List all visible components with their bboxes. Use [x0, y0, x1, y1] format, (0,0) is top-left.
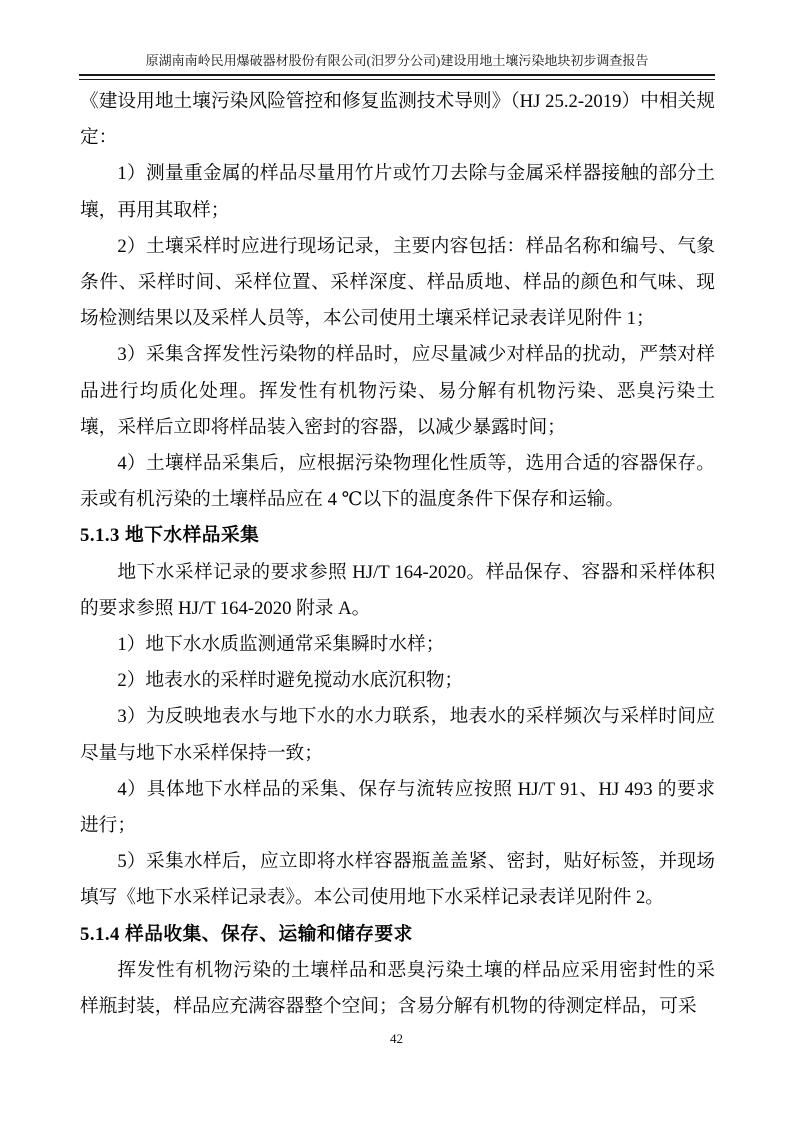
soil-list-item-3: 3）采集含挥发性污染物的样品时，应尽量减少对样品的扰动，严禁对样品进行均质化处理… [80, 337, 715, 446]
paragraph-guideline-intro: 《建设用地土壤污染风险管控和修复监测技术导则》（HJ 25.2-2019）中相关… [80, 84, 715, 156]
soil-list-item-2: 2）土壤采样时应进行现场记录，主要内容包括：样品名称和编号、气象条件、采样时间、… [80, 229, 715, 338]
section-heading-5-1-4: 5.1.4 样品收集、保存、运输和储存要求 [80, 917, 715, 953]
groundwater-list-item-3: 3）为反映地表水与地下水的水力联系，地表水的采样频次与采样时间应尽量与地下水采样… [80, 699, 715, 771]
document-body: 《建设用地土壤污染风险管控和修复监测技术导则》（HJ 25.2-2019）中相关… [80, 84, 715, 1025]
groundwater-list-item-5: 5）采集水样后，应立即将水样容器瓶盖盖紧、密封，贴好标签，并现场填写《地下水采样… [80, 844, 715, 916]
groundwater-list-item-1: 1）地下水水质监测通常采集瞬时水样； [80, 627, 715, 663]
groundwater-list-item-2: 2）地表水的采样时避免搅动水底沉积物； [80, 663, 715, 699]
header-double-rule [79, 74, 715, 80]
sample-storage-paragraph: 挥发性有机物污染的土壤样品和恶臭污染土壤的样品应采用密封性的采样瓶封装，样品应充… [80, 953, 715, 1025]
groundwater-list-item-4: 4）具体地下水样品的采集、保存与流转应按照 HJ/T 91、HJ 493 的要求… [80, 772, 715, 844]
section-heading-5-1-3: 5.1.3 地下水样品采集 [80, 518, 715, 554]
page-number: 42 [0, 1031, 793, 1047]
groundwater-intro-paragraph: 地下水采样记录的要求参照 HJ/T 164-2020。样品保存、容器和采样体积的… [80, 555, 715, 627]
soil-list-item-4: 4）土壤样品采集后，应根据污染物理化性质等，选用合适的容器保存。汞或有机污染的土… [80, 446, 715, 518]
soil-list-item-1: 1）测量重金属的样品尽量用竹片或竹刀去除与金属采样器接触的部分土壤，再用其取样； [80, 156, 715, 228]
page-header-title: 原湖南南岭民用爆破器材股份有限公司(汨罗分公司)建设用地土壤污染地块初步调查报告 [79, 52, 715, 69]
document-page: 原湖南南岭民用爆破器材股份有限公司(汨罗分公司)建设用地土壤污染地块初步调查报告… [0, 0, 793, 1122]
